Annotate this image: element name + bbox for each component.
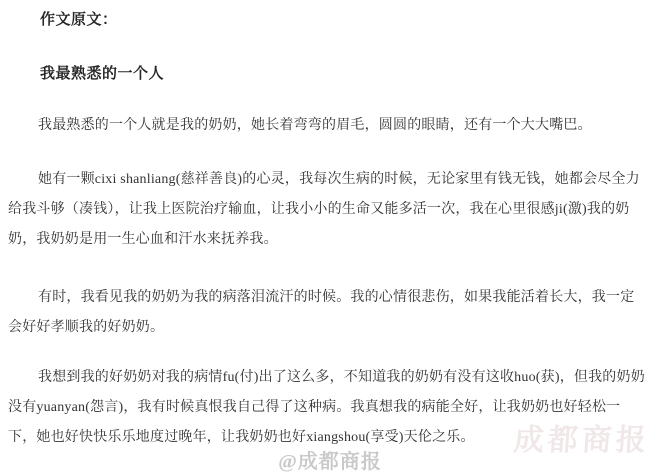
section-label: 作文原文： — [8, 8, 648, 30]
essay-paragraph-1: 我最熟悉的一个人就是我的奶奶，她长着弯弯的眉毛，圆圆的眼睛，还有一个大大嘴巴。 — [8, 111, 648, 141]
essay-document-page: 作文原文： 我最熟悉的一个人 我最熟悉的一个人就是我的奶奶，她长着弯弯的眉毛，圆… — [0, 0, 660, 475]
credit-watermark: @成都商报 — [0, 450, 660, 474]
essay-paragraph-2: 她有一颗cixi shanliang(慈祥善良)的心灵，我每次生病的时候，无论家… — [8, 165, 648, 255]
essay-paragraph-4: 我想到我的好奶奶对我的病情fu(付)出了这么多，不知道我的奶奶有没有这收huo(… — [8, 363, 648, 453]
essay-title: 我最熟悉的一个人 — [8, 64, 648, 84]
essay-paragraph-3: 有时，我看见我的奶奶为我的病落泪流汗的时候。我的心情很悲伤，如果我能活着长大，我… — [8, 283, 648, 343]
